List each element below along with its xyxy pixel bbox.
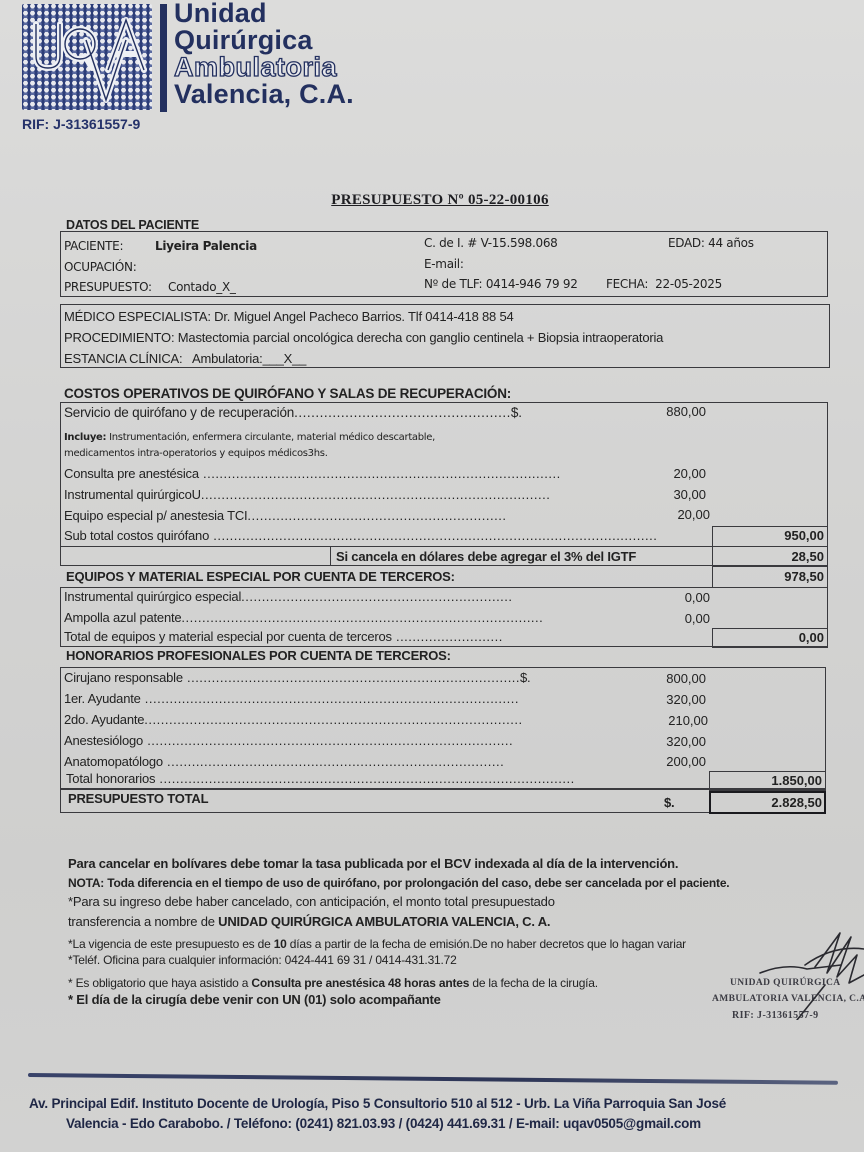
fee-item-label: Anestesiólogo bbox=[64, 733, 143, 748]
fee-row: Anatomopatólogo ........................… bbox=[64, 754, 504, 769]
transfer-prefix: transferencia a nombre de bbox=[68, 914, 218, 929]
footer-rule bbox=[28, 1073, 838, 1085]
brand-line-1: Unidad bbox=[174, 0, 354, 27]
subtotal-value: 950,00 bbox=[712, 528, 824, 543]
fee-item-value: 200,00 bbox=[620, 754, 706, 769]
note-anesthesia: * Es obligatorio que haya asistido a Con… bbox=[68, 976, 598, 990]
grand-total-currency: $. bbox=[664, 795, 674, 810]
fees-total-label: Total honorarios bbox=[66, 771, 155, 786]
equipment-item-value: 0,00 bbox=[620, 590, 710, 605]
includes-text-1: Instrumentación, enfermera circulante, m… bbox=[109, 432, 435, 443]
anesthesia-bold: Consulta pre anestésica 48 horas antes bbox=[251, 976, 469, 990]
cost-item-value: 20,00 bbox=[620, 507, 710, 522]
company-logo bbox=[22, 4, 152, 110]
phone-value: 0414-946 79 92 bbox=[486, 277, 578, 291]
igtf-value: 28,50 bbox=[712, 549, 824, 564]
patient-name-label: PACIENTE: bbox=[64, 239, 123, 253]
age-label: EDAD: bbox=[668, 236, 705, 250]
age-value: 44 años bbox=[708, 236, 754, 250]
fee-item-label: Anatomopatólogo bbox=[64, 754, 163, 769]
date-field: FECHA: 22-05-2025 bbox=[606, 277, 722, 291]
service-currency: $. bbox=[511, 405, 522, 420]
brand-line-4: Valencia, C.A. bbox=[174, 81, 354, 108]
cost-item-label: Equipo especial p/ anestesia TCI bbox=[64, 508, 247, 523]
id-number-field: C. de I. # V-15.598.068 bbox=[424, 236, 558, 250]
cost-row: Instrumental quirúrgicoU................… bbox=[64, 487, 550, 502]
fee-item-label: Cirujano responsable bbox=[64, 670, 183, 685]
phone-label: Nº de TLF: bbox=[424, 277, 482, 291]
note-validity: *La vigencia de este presupuesto es de 1… bbox=[68, 937, 686, 951]
fee-item-value: 800,00 bbox=[620, 671, 706, 686]
footer-address: Av. Principal Edif. Instituto Docente de… bbox=[29, 1096, 726, 1111]
grand-total-value: 2.828,50 bbox=[709, 795, 822, 810]
patient-name: Liyeira Palencia bbox=[155, 239, 257, 253]
igtf-divider bbox=[330, 546, 331, 566]
stay-label: ESTANCIA CLÍNICA: bbox=[64, 351, 182, 366]
fee-item-value: 210,00 bbox=[620, 713, 708, 728]
footer-contact: Valencia - Edo Carabobo. / Teléfono: (02… bbox=[66, 1116, 701, 1131]
logo-monogram-icon bbox=[28, 10, 148, 106]
id-value: V-15.598.068 bbox=[481, 236, 558, 250]
subtotal-label: Sub total costos quirófano bbox=[64, 528, 209, 543]
cost-item-label: Consulta pre anestésica bbox=[64, 466, 199, 481]
logo-divider bbox=[160, 4, 167, 112]
includes-line-1: Incluye: Instrumentación, enfermera circ… bbox=[64, 432, 435, 443]
fees-total-value: 1.850,00 bbox=[709, 773, 822, 788]
fee-item-label: 1er. Ayudante bbox=[64, 691, 141, 706]
subtotal-row: Sub total costos quirófano .............… bbox=[64, 528, 657, 543]
cost-row: Equipo especial p/ anestesia TCI........… bbox=[64, 508, 506, 523]
equipment-total-row: Total de equipos y material especial por… bbox=[64, 629, 503, 644]
igtf-label: Si cancela en dólares debe agregar el 3%… bbox=[336, 549, 636, 564]
fee-currency: $. bbox=[520, 670, 530, 685]
note-text: Toda diferencia en el tiempo de uso de q… bbox=[107, 876, 729, 890]
email-label: E-mail: bbox=[424, 257, 464, 271]
equipment-section-label: EQUIPOS Y MATERIAL ESPECIAL POR CUENTA D… bbox=[66, 569, 455, 584]
anesthesia-prefix: * Es obligatorio que haya asistido a bbox=[68, 976, 251, 990]
fee-row: 2do. Ayudante...........................… bbox=[64, 712, 523, 727]
note-payment: *Para su ingreso debe haber cancelado, c… bbox=[68, 894, 555, 909]
equipment-item-label: Instrumental quirúrgico especial bbox=[64, 589, 241, 604]
anesthesia-suffix: de la fecha de la cirugía. bbox=[469, 976, 598, 990]
patient-section-label: DATOS DEL PACIENTE bbox=[66, 218, 199, 232]
equipment-row: Ampolla azul patente....................… bbox=[64, 610, 543, 625]
procedure-value: Mastectomia parcial oncológica derecha c… bbox=[178, 330, 663, 345]
age-field: EDAD: 44 años bbox=[668, 236, 754, 250]
occupation-label: OCUPACIÓN: bbox=[64, 260, 136, 274]
stay-field: ESTANCIA CLÍNICA: Ambulatoria:___X__ bbox=[64, 351, 306, 366]
service-label: Servicio de quirófano y de recuperación bbox=[64, 405, 294, 420]
document-title: PRESUPUESTO Nº 05-22-00106 bbox=[0, 192, 864, 209]
phone-field: Nº de TLF: 0414-946 79 92 bbox=[424, 277, 578, 291]
fees-total-row: Total honorarios .......................… bbox=[66, 771, 575, 786]
cost-total-with-igtf: 978,50 bbox=[712, 569, 824, 584]
company-rif: RIF: J-31361557-9 bbox=[22, 116, 140, 132]
fee-row: Anestesiólogo ..........................… bbox=[64, 733, 513, 748]
date-label: FECHA: bbox=[606, 277, 648, 291]
fee-row: Cirujano responsable ...................… bbox=[64, 670, 530, 685]
cost-row-service: Servicio de quirófano y de recuperación.… bbox=[64, 405, 522, 420]
fees-section-label: HONORARIOS PROFESIONALES POR CUENTA DE T… bbox=[66, 648, 451, 663]
specialist-value: Dr. Miguel Angel Pacheco Barrios. Tlf 04… bbox=[214, 309, 513, 324]
service-value: 880,00 bbox=[620, 404, 706, 419]
note-transfer: transferencia a nombre de UNIDAD QUIRÚRG… bbox=[68, 914, 550, 929]
note-bolivares: Para cancelar en bolívares debe tomar la… bbox=[68, 856, 678, 871]
note-label: NOTA: bbox=[68, 876, 104, 890]
validity-prefix: *La vigencia de este presupuesto es de bbox=[68, 937, 274, 951]
procedure-field: PROCEDIMIENTO: Mastectomia parcial oncol… bbox=[64, 330, 663, 345]
equipment-row: Instrumental quirúrgico especial........… bbox=[64, 589, 513, 604]
includes-line-2: medicamentos intra-operatorios y equipos… bbox=[64, 448, 328, 459]
brand-line-2: Quirúrgica bbox=[174, 27, 354, 54]
fee-item-value: 320,00 bbox=[620, 734, 706, 749]
cost-item-label: Instrumental quirúrgicoU bbox=[64, 487, 201, 502]
equipment-total-label: Total de equipos y material especial por… bbox=[64, 629, 392, 644]
date-value: 22-05-2025 bbox=[655, 277, 722, 291]
note-companion: * El día de la cirugía debe venir con UN… bbox=[68, 992, 441, 1007]
equipment-total-value: 0,00 bbox=[712, 630, 824, 645]
transfer-name: UNIDAD QUIRÚRGICA AMBULATORIA VALENCIA, … bbox=[218, 914, 550, 929]
company-name: Unidad Quirúrgica Ambulatoria Valencia, … bbox=[174, 0, 354, 108]
cost-item-value: 30,00 bbox=[620, 487, 706, 502]
validity-suffix: días a partir de la fecha de emisión.De … bbox=[287, 937, 686, 951]
fee-row: 1er. Ayudante ..........................… bbox=[64, 691, 519, 706]
specialist-label: MÉDICO ESPECIALISTA: bbox=[64, 309, 211, 324]
note-prolongation: NOTA: Toda diferencia en el tiempo de us… bbox=[68, 876, 729, 890]
id-label: C. de I. # bbox=[424, 236, 477, 250]
budget-type-value: Contado_X_ bbox=[168, 280, 236, 294]
equipment-item-label: Ampolla azul patente bbox=[64, 610, 181, 625]
brand-line-3: Ambulatoria bbox=[174, 54, 354, 81]
validity-days: 10 bbox=[274, 937, 287, 951]
email-field: E-mail: bbox=[424, 257, 464, 271]
includes-label: Incluye: bbox=[64, 432, 106, 443]
fee-item-value: 320,00 bbox=[620, 692, 706, 707]
procedure-label: PROCEDIMIENTO: bbox=[64, 330, 174, 345]
equipment-item-value: 0,00 bbox=[620, 611, 710, 626]
signature-icon bbox=[745, 925, 864, 1020]
costs-section-label: COSTOS OPERATIVOS DE QUIRÓFANO Y SALAS D… bbox=[64, 386, 511, 401]
cost-item-value: 20,00 bbox=[620, 466, 706, 481]
fee-item-label: 2do. Ayudante bbox=[64, 712, 144, 727]
budget-type-label: PRESUPUESTO: bbox=[64, 280, 152, 294]
cost-row: Consulta pre anestésica ................… bbox=[64, 466, 561, 481]
note-office-phone: *Teléf. Oficina para cualquier informaci… bbox=[68, 953, 457, 967]
specialist-field: MÉDICO ESPECIALISTA: Dr. Miguel Angel Pa… bbox=[64, 309, 514, 324]
stay-value: Ambulatoria:___X__ bbox=[192, 351, 306, 366]
grand-total-label: PRESUPUESTO TOTAL bbox=[68, 791, 208, 806]
